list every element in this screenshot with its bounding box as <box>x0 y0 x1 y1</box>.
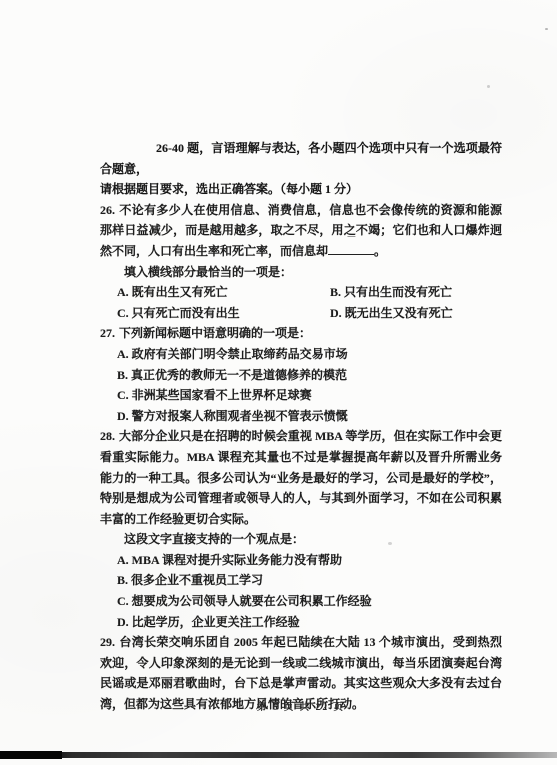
option-26-d-label: D. <box>330 306 342 320</box>
option-26-d: D.既无出生又没有死亡 <box>330 303 502 324</box>
option-26-b-text: 只有出生而没有死亡 <box>344 285 452 299</box>
scan-artifact-bottom-left <box>0 751 62 759</box>
question-28-text: 大部分企业只是在招聘的时候会重视 MBA 等学历，但在实际工作中会更看重实际能力… <box>100 429 502 525</box>
option-28-a: A.MBA 课程对提升实际业务能力没有帮助 <box>117 550 502 571</box>
option-28-b: B.很多企业不重视员工学习 <box>117 570 502 591</box>
question-28-options: A.MBA 课程对提升实际业务能力没有帮助 B.很多企业不重视员工学习 C.想要… <box>117 550 502 632</box>
scan-speck <box>487 85 490 88</box>
option-26-a-text: 既有出生又有死亡 <box>132 285 228 299</box>
option-26-c-text: 只有死亡而没有出生 <box>132 306 240 320</box>
option-28-d-label: D. <box>117 615 129 629</box>
question-28-stem: 28.大部分企业只是在招聘的时候会重视 MBA 等学历，但在实际工作中会更看重实… <box>100 426 502 529</box>
option-27-c-text: 非洲某些国家看不上世界杯足球赛 <box>132 388 312 402</box>
option-26-b-label: B. <box>330 285 341 299</box>
option-27-a-label: A. <box>117 347 129 361</box>
scan-artifact-bottom-band <box>0 752 557 758</box>
option-27-b-text: 真正优秀的教师无一不是道德修养的模范 <box>131 368 347 382</box>
option-26-d-text: 既无出生又没有死亡 <box>345 306 453 320</box>
question-28-prompt: 这段文字直接支持的一个观点是： <box>100 529 502 550</box>
scanned-exam-page: 26-40 题，言语理解与表达，各小题四个选项中只有一个选项最符合题意， 请根据… <box>0 0 557 765</box>
question-27-options: A.政府有关部门明令禁止取缔药品交易市场 B.真正优秀的教师无一不是道德修养的模… <box>117 344 502 426</box>
option-27-a: A.政府有关部门明令禁止取缔药品交易市场 <box>117 344 502 365</box>
instructions-line-2: 请根据题目要求，选出正确答案。（每小题 1 分） <box>100 179 502 200</box>
question-26-text: 不论有多少人在使用信息、消费信息，信息也不会像传统的资源和能源那样日益减少，而是… <box>100 203 502 258</box>
option-28-b-text: 很多企业不重视员工学习 <box>131 573 263 587</box>
option-27-c-label: C. <box>117 388 129 402</box>
option-26-b: B.只有出生而没有死亡 <box>330 282 502 303</box>
question-27-stem: 27.下列新闻标题中语意明确的一项是： <box>100 323 502 344</box>
question-27-text: 下列新闻标题中语意明确的一项是： <box>119 326 311 340</box>
option-28-c-text: 想要成为公司领导人就要在公司积累工作经验 <box>132 594 372 608</box>
option-27-a-text: 政府有关部门明令禁止取缔药品交易市场 <box>132 347 348 361</box>
page-footer: 第 6 页 共 22 页 <box>100 699 502 713</box>
scan-speck <box>388 542 392 545</box>
fill-in-blank-line <box>328 244 374 255</box>
question-27-number: 27. <box>100 326 115 340</box>
option-28-a-text: MBA 课程对提升实际业务能力没有帮助 <box>132 553 342 567</box>
option-28-d: D.比起学历，企业更关注工作经验 <box>117 612 502 633</box>
option-28-a-label: A. <box>117 553 129 567</box>
question-26-text-end: 。 <box>374 244 386 258</box>
question-26-number: 26. <box>100 203 115 217</box>
option-28-d-text: 比起学历，企业更关注工作经验 <box>132 615 300 629</box>
instructions-line-1: 26-40 题，言语理解与表达，各小题四个选项中只有一个选项最符合题意， <box>100 138 502 179</box>
option-27-c: C.非洲某些国家看不上世界杯足球赛 <box>117 385 502 406</box>
option-28-b-label: B. <box>117 573 128 587</box>
option-28-c-label: C. <box>117 594 129 608</box>
option-28-c: C.想要成为公司领导人就要在公司积累工作经验 <box>117 591 502 612</box>
scan-pencil-mark <box>347 233 356 237</box>
option-26-c-label: C. <box>117 306 129 320</box>
option-27-d-label: D. <box>117 409 129 423</box>
question-28-number: 28. <box>100 429 115 443</box>
option-27-b-label: B. <box>117 368 128 382</box>
question-26-options: A.既有出生又有死亡 B.只有出生而没有死亡 C.只有死亡而没有出生 D.既无出… <box>117 282 502 323</box>
option-27-d: D.警方对报案人称围观者坐视不管表示愤慨 <box>117 406 502 427</box>
question-26-prompt: 填入横线部分最恰当的一项是： <box>100 262 502 283</box>
option-26-a: A.既有出生又有死亡 <box>117 282 330 303</box>
option-27-d-text: 警方对报案人称围观者坐视不管表示愤慨 <box>132 409 348 423</box>
exam-content: 26-40 题，言语理解与表达，各小题四个选项中只有一个选项最符合题意， 请根据… <box>100 138 502 715</box>
option-26-a-label: A. <box>117 285 129 299</box>
question-29-number: 29. <box>100 635 115 649</box>
question-26-stem: 26.不论有多少人在使用信息、消费信息，信息也不会像传统的资源和能源那样日益减少… <box>100 200 502 262</box>
option-26-c: C.只有死亡而没有出生 <box>117 303 330 324</box>
option-27-b: B.真正优秀的教师无一不是道德修养的模范 <box>117 365 502 386</box>
scan-speck <box>545 28 548 30</box>
